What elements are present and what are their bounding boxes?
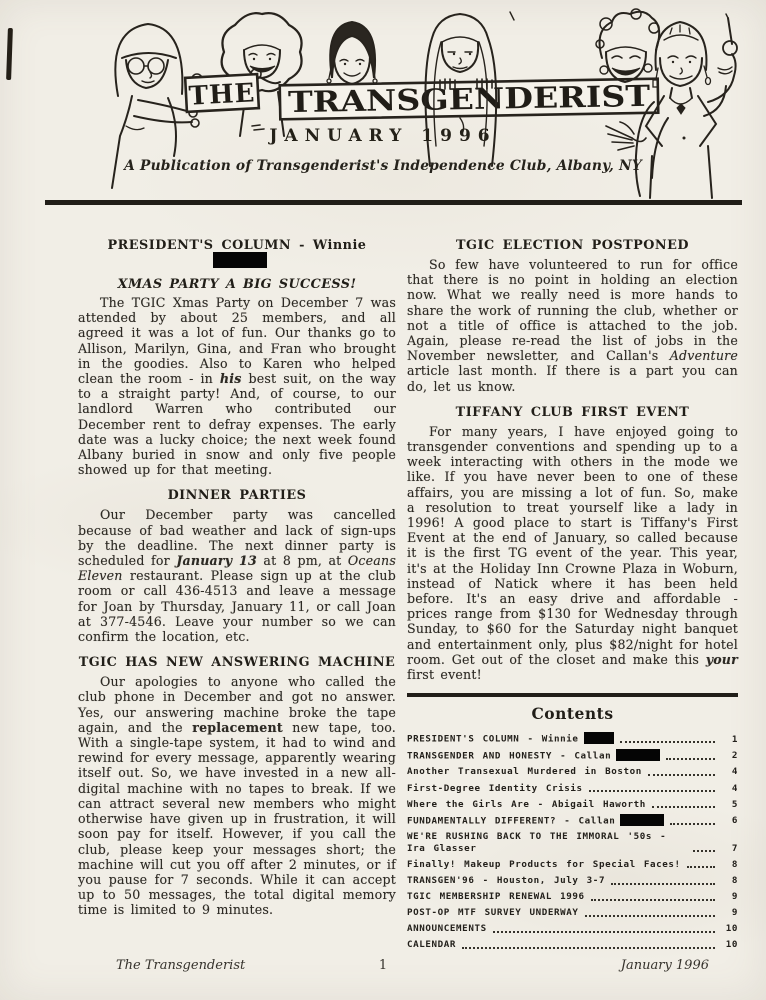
text-segment: new tape, too. With a single-tape system… xyxy=(78,720,396,917)
article-section: PRESIDENT'S COLUMN - WinnieXMAS PARTY A … xyxy=(78,238,396,477)
redacted-name xyxy=(620,814,664,826)
contents-page-number: 10 xyxy=(720,939,738,951)
contents-entry: CALENDAR10 xyxy=(407,939,738,951)
banner-word-transgenderist: TRANSGENDERIST xyxy=(288,79,651,119)
article-paragraph: For many years, I have enjoyed going to … xyxy=(407,424,738,682)
contents-title: Contents xyxy=(407,704,738,723)
text-segment: Adventure xyxy=(670,348,738,363)
dot-leader xyxy=(589,790,715,792)
footer-newsletter-title: The Transgenderist xyxy=(116,958,245,973)
contents-page-number: 7 xyxy=(720,843,738,855)
contents-entry: TRANSGEN'96 - Houston, July 3-78 xyxy=(407,875,738,887)
contents-divider xyxy=(407,693,738,697)
contents-entry: TGIC MEMBERSHIP RENEWAL 19969 xyxy=(407,891,738,903)
article-paragraph: Our December party was cancelled because… xyxy=(78,507,396,644)
article-paragraph: The TGIC Xmas Party on December 7 was at… xyxy=(78,295,396,477)
section-heading: TIFFANY CLUB FIRST EVENT xyxy=(407,405,738,420)
text-segment: best suit, on the way to a straight part… xyxy=(78,371,396,477)
contents-entry: First-Degree Identity Crisis4 xyxy=(407,783,738,795)
contents-page-number: 9 xyxy=(720,891,738,903)
section-heading: TGIC HAS NEW ANSWERING MACHINE xyxy=(78,655,396,670)
banner-word-the: THE xyxy=(188,78,256,111)
contents-page-number: 9 xyxy=(720,907,738,919)
contents-entry: Where the Girls Are - Abigail Haworth5 xyxy=(407,799,738,811)
dot-leader xyxy=(687,866,715,868)
section-subheading: XMAS PARTY A BIG SUCCESS! xyxy=(78,277,396,292)
staple-binding-mark xyxy=(6,28,13,80)
contents-entry-label: ANNOUNCEMENTS xyxy=(407,923,487,935)
contents-entry: ANNOUNCEMENTS10 xyxy=(407,923,738,935)
contents-page-number: 5 xyxy=(720,799,738,811)
footer-page-number: 1 xyxy=(379,958,387,973)
body-columns: PRESIDENT'S COLUMN - WinnieXMAS PARTY A … xyxy=(78,238,738,956)
contents-entry: Another Transexual Murdered in Boston4 xyxy=(407,766,738,778)
article-paragraph: Our apologies to anyone who called the c… xyxy=(78,674,396,917)
contents-entry-label: Another Transexual Murdered in Boston xyxy=(407,766,642,778)
article-section: TGIC HAS NEW ANSWERING MACHINEOur apolog… xyxy=(78,655,396,917)
contents-list: PRESIDENT'S COLUMN - Winnie1TRANSGENDER … xyxy=(407,733,738,951)
redacted-name xyxy=(584,732,614,744)
text-segment: his xyxy=(220,371,242,386)
contents-entry-label: TRANSGENDER AND HONESTY - Callan xyxy=(407,750,660,762)
contents-page-number: 8 xyxy=(720,859,738,871)
contents-entry: PRESIDENT'S COLUMN - Winnie1 xyxy=(407,733,738,745)
footer-issue-date: January 1996 xyxy=(621,958,709,973)
contents-entry-label: Where the Girls Are - Abigail Haworth xyxy=(407,799,646,811)
text-segment: first event! xyxy=(407,667,482,682)
article-section: DINNER PARTIESOur December party was can… xyxy=(78,488,396,644)
contents-entry-label: WE'RE RUSHING BACK TO THE IMMORAL '50s -… xyxy=(407,831,687,854)
banner-transgenderist-sign: TRANSGENDERIST xyxy=(280,79,659,120)
contents-page-number: 6 xyxy=(720,815,738,827)
contents-page-number: 10 xyxy=(720,923,738,935)
contents-entry: WE'RE RUSHING BACK TO THE IMMORAL '50s -… xyxy=(407,831,738,854)
dot-leader xyxy=(611,883,715,885)
contents-entry-label: TGIC MEMBERSHIP RENEWAL 1996 xyxy=(407,891,585,903)
contents-entry-label: Finally! Makeup Products for Special Fac… xyxy=(407,859,681,871)
dot-leader xyxy=(620,741,715,743)
header-divider xyxy=(45,200,742,205)
dot-leader xyxy=(652,806,715,808)
contents-page-number: 4 xyxy=(720,766,738,778)
contents-entry-label: POST-OP MTF SURVEY UNDERWAY xyxy=(407,907,579,919)
contents-page-number: 8 xyxy=(720,875,738,887)
text-segment: replacement xyxy=(192,720,283,735)
text-segment: article last month. If there is a part y… xyxy=(407,363,738,393)
section-heading: PRESIDENT'S COLUMN - Winnie xyxy=(78,238,396,269)
left-column: PRESIDENT'S COLUMN - WinnieXMAS PARTY A … xyxy=(78,238,396,956)
contents-page-number: 4 xyxy=(720,783,738,795)
page-footer: The Transgenderist 1 January 1996 xyxy=(0,958,766,980)
contents-entry-label: PRESIDENT'S COLUMN - Winnie xyxy=(407,733,614,745)
contents-entry-label: First-Degree Identity Crisis xyxy=(407,783,583,795)
contents-entry-label: FUNDAMENTALLY DIFFERENT? - Callan xyxy=(407,815,664,827)
dot-leader xyxy=(648,774,715,776)
contents-page-number: 1 xyxy=(720,734,738,746)
redacted-name xyxy=(213,252,267,268)
dot-leader xyxy=(493,931,715,933)
redacted-name xyxy=(616,749,660,761)
banner-the-sign: THE xyxy=(185,74,259,112)
contents-entry-label: CALENDAR xyxy=(407,939,456,951)
dot-leader xyxy=(585,915,715,917)
contents-box: Contents PRESIDENT'S COLUMN - Winnie1TRA… xyxy=(407,693,738,951)
article-section: TIFFANY CLUB FIRST EVENTFor many years, … xyxy=(407,405,738,682)
contents-entry-label: TRANSGEN'96 - Houston, July 3-7 xyxy=(407,875,605,887)
publication-subtitle: A Publication of Transgenderist's Indepe… xyxy=(0,158,766,174)
dot-leader xyxy=(462,947,715,949)
issue-date: JANUARY 1996 xyxy=(0,126,766,146)
dot-leader xyxy=(666,758,715,760)
right-column: TGIC ELECTION POSTPONEDSo few have volun… xyxy=(407,238,738,956)
contents-page-number: 2 xyxy=(720,750,738,762)
dot-leader xyxy=(591,899,715,901)
contents-entry: Finally! Makeup Products for Special Fac… xyxy=(407,859,738,871)
text-segment: your xyxy=(706,652,738,667)
newsletter-page: THE TRANSGENDERIST xyxy=(0,0,766,1000)
dot-leader xyxy=(670,823,715,825)
dot-leader xyxy=(693,850,715,852)
text-segment: restaurant. Please sign up at the club r… xyxy=(78,568,396,644)
section-heading: TGIC ELECTION POSTPONED xyxy=(407,238,738,253)
contents-entry: TRANSGENDER AND HONESTY - Callan2 xyxy=(407,750,738,762)
article-section: TGIC ELECTION POSTPONEDSo few have volun… xyxy=(407,238,738,394)
contents-entry: FUNDAMENTALLY DIFFERENT? - Callan6 xyxy=(407,815,738,827)
section-heading: DINNER PARTIES xyxy=(78,488,396,503)
contents-entry: POST-OP MTF SURVEY UNDERWAY9 xyxy=(407,907,738,919)
text-segment: at 8 pm, at xyxy=(257,553,348,568)
text-segment: For many years, I have enjoyed going to … xyxy=(407,424,738,667)
right-articles: TGIC ELECTION POSTPONEDSo few have volun… xyxy=(407,238,738,682)
article-paragraph: So few have volunteered to run for offic… xyxy=(407,257,738,394)
text-segment: January 13 xyxy=(176,553,257,568)
